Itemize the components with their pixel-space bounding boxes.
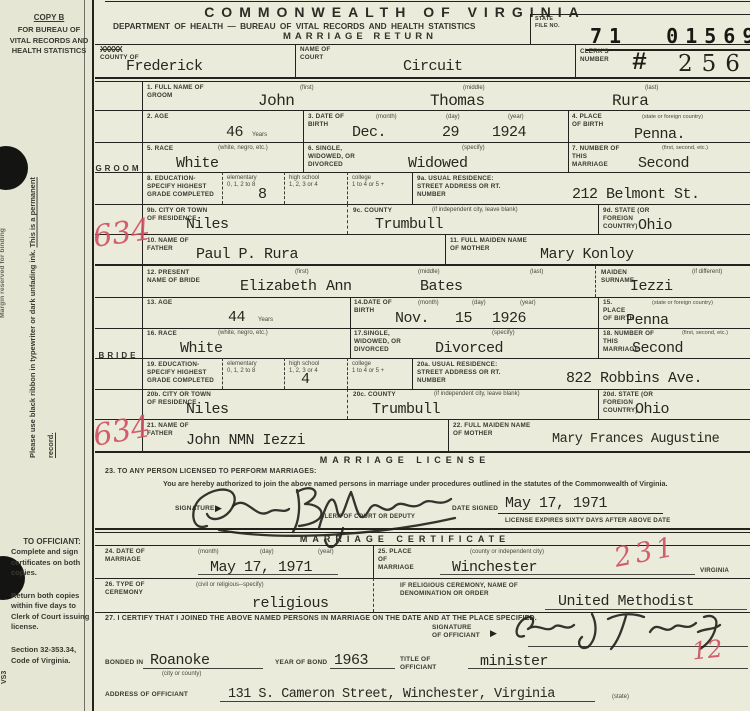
field-label-bride-marital: 17.SINGLE, WIDOWED, OR DIVORCED	[354, 330, 422, 354]
field-label-bride-education: 19. EDUCATION-SPECIFY HIGHEST GRADE COMP…	[147, 361, 217, 385]
cert-row-rule	[95, 578, 750, 579]
field-label-groom-county: 9c. COUNTY	[353, 207, 392, 215]
groom-state-value: Ohio	[638, 217, 672, 234]
hint-race: (white, negro, etc.)	[218, 145, 268, 151]
field-label-marriage-place: 25. PLACE OF MARRIAGE	[378, 548, 422, 572]
edu-divider	[347, 172, 348, 204]
signature-pointer-icon: ▶	[490, 628, 497, 639]
hint-day: (day)	[446, 114, 460, 120]
address-of-officiant-value: 131 S. Cameron Street, Winchester, Virgi…	[228, 687, 555, 702]
row-rule	[95, 172, 750, 173]
groom-city-value: Niles	[186, 216, 229, 233]
edu-col-college: college	[352, 361, 371, 367]
edu-col-elementary-range: 0, 1, 2 to 8	[227, 368, 255, 374]
groom-father-value: Paul P. Rura	[196, 246, 298, 263]
code-reference: Section 32-353.34, Code of Virginia.	[11, 645, 93, 666]
col-divider	[347, 389, 348, 419]
groom-age-value: 46	[226, 124, 243, 141]
row-rule	[95, 204, 750, 205]
hint-day: (day)	[260, 549, 274, 555]
edu-col-highschool: high school	[289, 361, 319, 367]
section-strip-divider	[142, 82, 143, 451]
field-label-groom-race: 5. RACE	[147, 145, 173, 153]
marriage-date-underline	[198, 574, 338, 575]
marriage-return-scan: COPY B FOR BUREAU OF VITAL RECORDS AND H…	[0, 0, 750, 711]
ink-note-vertical: Please use black ribbon in typewriter or…	[24, 168, 60, 458]
field-label-groom-dob: 3. DATE OF BIRTH	[308, 113, 348, 129]
state-file-box-left	[530, 14, 531, 44]
cert-col-divider	[373, 545, 374, 578]
col-divider	[598, 297, 599, 358]
county-value: Frederick	[126, 58, 203, 75]
title-underline	[468, 668, 748, 669]
field-label-groom-pob: 4. PLACE OF BIRTH	[572, 113, 604, 129]
clerk-number-value: 256	[678, 51, 749, 77]
hint-month: (month)	[198, 549, 219, 555]
hint-year: (year)	[520, 300, 536, 306]
col-divider	[412, 358, 413, 389]
field-label-groom-father: 10. NAME OF FATHER	[147, 237, 189, 253]
bride-first-name: Elizabeth	[240, 278, 317, 295]
maiden-divider	[595, 266, 596, 297]
edu-divider	[284, 172, 285, 204]
col-divider	[412, 172, 413, 204]
bride-red-number: 634	[90, 409, 152, 453]
field-label-bride-county: 20c. COUNTY	[353, 391, 396, 399]
state-file-label: STATE FILE NO.	[535, 16, 561, 30]
bride-state-value: Ohio	[635, 401, 669, 418]
edu-col-highschool-range: 1, 2, 3 or 4	[289, 182, 318, 188]
officiant-instructions-para2: Return both copies within five days to C…	[11, 591, 93, 633]
field-label-groom-marriage-no: 7. NUMBER OF THIS MARRIAGE	[572, 145, 624, 169]
col-divider	[347, 204, 348, 234]
header-bottom-rule-2	[95, 81, 750, 82]
bride-marriage-no-value: Second	[632, 340, 683, 357]
bride-age-value: 44	[228, 309, 245, 326]
hint-race: (white, negro, etc.)	[218, 330, 268, 336]
row-rule	[95, 419, 750, 420]
bride-last-name: Bates	[420, 278, 463, 295]
bride-education-value: 4	[301, 371, 310, 388]
groom-dob-month: Dec.	[352, 124, 386, 141]
col-divider	[598, 389, 599, 419]
hint-last: (last)	[645, 85, 658, 91]
address-of-officiant-label: ADDRESS OF OFFICIANT	[105, 691, 188, 699]
hint-specify: (specify)	[492, 330, 515, 336]
groom-dob-year: 1924	[492, 124, 526, 141]
top-rule	[105, 1, 750, 2]
col-divider	[303, 110, 304, 172]
clerk-number-label: CLERK'S NUMBER	[580, 48, 614, 64]
ceremony-type-value: religious	[252, 595, 329, 612]
bonded-in-label: BONDED IN	[105, 659, 143, 667]
hint-middle: (middle)	[418, 269, 440, 275]
officiant-instructions-para1: Complete and sign certificates on both c…	[11, 547, 93, 579]
row-rule	[95, 389, 750, 390]
court-value: Circuit	[403, 58, 463, 75]
bride-section-label: BRIDE	[95, 351, 142, 360]
bride-age-unit: Years	[258, 317, 273, 323]
groom-red-number: 634	[91, 212, 153, 255]
field-label-groom-residence: 9a. USUAL RESIDENCE: STREET ADDRESS OR R…	[417, 175, 509, 199]
bride-dob-year: 1926	[492, 310, 526, 327]
col-divider	[350, 297, 351, 358]
field-label-bride-mother: 22. FULL MAIDEN NAME OF MOTHER	[453, 422, 533, 438]
header-bottom-rule-1	[95, 77, 750, 79]
hint-independent-city: (if independent city, leave blank)	[434, 391, 520, 397]
court-clerk-divider	[575, 44, 576, 78]
hint-month: (month)	[376, 114, 397, 120]
groom-bride-rule	[95, 264, 750, 266]
form-code: VS3	[0, 650, 10, 684]
bride-race-value: White	[180, 340, 223, 357]
hint-month: (month)	[418, 300, 439, 306]
title-of-officiant-label: TITLE OF OFFICIANT	[400, 656, 442, 672]
field-label-marriage-date: 24. DATE OF MARRIAGE	[105, 548, 153, 564]
groom-education-value: 8	[258, 186, 267, 203]
field-label-groom-mother: 11. FULL MAIDEN NAME OF MOTHER	[450, 237, 530, 253]
bride-maiden-surname-value: Iezzi	[630, 278, 673, 295]
hint-first-second: (first, second, etc.)	[662, 145, 708, 151]
edu-divider	[347, 358, 348, 389]
edu-col-elementary: elementary	[227, 175, 257, 181]
row-rule	[95, 110, 750, 111]
license-cert-rule-2	[95, 532, 750, 533]
hint-day: (day)	[472, 300, 486, 306]
ink-note-text: Please use black ribbon in typewriter or…	[28, 248, 37, 458]
date-signed-label: DATE SIGNED	[452, 505, 498, 513]
groom-first-name: John	[258, 92, 294, 110]
edu-divider	[222, 358, 223, 389]
field-label-denomination: IF RELIGIOUS CEREMONY, NAME OF DENOMINAT…	[400, 582, 520, 598]
bride-mother-value: Mary Frances Augustine	[552, 432, 719, 447]
year-of-bond-label: YEAR OF BOND	[275, 659, 327, 667]
col-divider	[568, 110, 569, 172]
officiant-red-number: 12	[691, 634, 724, 665]
edu-col-college-range: 1 to 4 or 5 +	[352, 368, 384, 374]
hint-year: (year)	[318, 549, 334, 555]
commonwealth-title: COMMONWEALTH OF VIRGINIA	[95, 4, 695, 20]
copy-label: COPY B	[8, 12, 90, 23]
cert-col-divider-dashed	[373, 578, 374, 612]
field-label-bride-race: 16. RACE	[147, 330, 177, 338]
hint-specify: (specify)	[462, 145, 485, 151]
hint-city-county: (city or county)	[162, 671, 201, 677]
hint-independent-city: (if independent city, leave blank)	[432, 207, 518, 213]
state-file-number: 71 015691	[586, 24, 750, 51]
groom-dob-day: 29	[442, 124, 459, 141]
edu-col-elementary-range: 0, 1, 2 to 8	[227, 182, 255, 188]
hint-state-foreign: (state or foreign country)	[642, 114, 703, 120]
binding-note-vertical: Margin reserved for binding	[0, 168, 8, 318]
department-line: DEPARTMENT OF HEALTH — BUREAU OF VITAL R…	[113, 21, 475, 31]
edu-divider	[222, 172, 223, 204]
row-rule	[95, 297, 750, 298]
bride-residence-value: 822 Robbins Ave.	[566, 370, 702, 387]
marriage-place-underline	[440, 574, 695, 575]
field-label-ceremony-type: 26. TYPE OF CEREMONY	[105, 581, 149, 597]
hint-county-independent: (county or independent city)	[470, 549, 544, 555]
groom-section-label: GROOM	[95, 164, 142, 173]
hint-civil-religious: (civil or religious--specify)	[196, 582, 264, 588]
copy-designation: COPY B FOR BUREAU OF VITAL RECORDS AND H…	[8, 12, 90, 57]
certify-statement: 27. I CERTIFY THAT I JOINED THE ABOVE NA…	[105, 615, 537, 624]
bride-pob-value: Penna	[626, 312, 669, 329]
clerk-number-hash: #	[632, 48, 647, 77]
row-rule	[95, 358, 750, 359]
field-label-groom-age: 2. AGE	[147, 113, 169, 121]
bride-license-rule	[95, 451, 750, 453]
edu-col-college-range: 1 to 4 or 5 +	[352, 182, 384, 188]
state-file-box-top	[530, 14, 750, 15]
groom-marital-value: Widowed	[408, 155, 468, 172]
county-row-top-rule	[95, 44, 750, 45]
field-label-bride-name: 12. PRESENT NAME OF BRIDE	[147, 269, 207, 285]
hint-first: (first)	[300, 85, 314, 91]
bonded-underline	[143, 668, 263, 669]
bride-county-value: Trumbull	[372, 401, 440, 418]
bride-middle-name: Ann	[326, 278, 352, 295]
hint-state-foreign: (state or foreign country)	[652, 300, 713, 306]
year-underline	[330, 668, 395, 669]
groom-age-unit: Years	[252, 132, 267, 138]
edu-col-elementary: elementary	[227, 361, 257, 367]
hint-last: (last)	[530, 269, 543, 275]
hint-if-different: (if different)	[692, 269, 722, 275]
field-label-groom-education: 8. EDUCATION-SPECIFY HIGHEST GRADE COMPL…	[147, 175, 217, 199]
virginia-label: VIRGINIA	[700, 567, 729, 575]
field-label-groom-marital: 6. SINGLE, WIDOWED, OR DIVORCED	[308, 145, 376, 169]
col-divider	[448, 419, 449, 451]
clerk-of-court-label: CLERK OF COURT OR DEPUTY	[320, 514, 415, 522]
groom-marriage-no-value: Second	[638, 155, 689, 172]
bride-city-value: Niles	[186, 401, 229, 418]
col-divider	[445, 234, 446, 264]
copy-for-text: FOR BUREAU OF VITAL RECORDS AND HEALTH S…	[8, 25, 90, 57]
groom-county-value: Trumbull	[375, 216, 443, 233]
field-label-bride-dob: 14.DATE OF BIRTH	[354, 299, 392, 315]
field-label-bride-residence: 20a. USUAL RESIDENCE: STREET ADDRESS OR …	[417, 361, 509, 385]
hint-first: (first)	[295, 269, 309, 275]
court-label: NAME OF COURT	[300, 46, 332, 62]
form-name: MARRIAGE RETURN	[95, 31, 625, 42]
officiant-signature-label: SIGNATURE OF OFFICIANT	[432, 624, 482, 640]
groom-race-value: White	[176, 155, 219, 172]
officiant-instructions-title: TO OFFICIANT:	[11, 536, 93, 547]
bride-dob-month: Nov.	[395, 310, 429, 327]
bride-father-value: John NMN Iezzi	[186, 432, 305, 449]
edu-col-highschool: high school	[289, 175, 319, 181]
license-expires-note: LICENSE EXPIRES SIXTY DAYS AFTER ABOVE D…	[505, 517, 671, 525]
groom-pob-value: Penna.	[634, 126, 685, 143]
field-label-bride-age: 13. AGE	[147, 299, 172, 307]
hint-state: (state)	[612, 694, 629, 700]
field-label-groom-name: 1. FULL NAME OF GROOM	[147, 84, 205, 100]
bonded-in-value: Roanoke	[150, 652, 210, 669]
hint-middle: (middle)	[463, 85, 485, 91]
date-signed-underline	[498, 513, 663, 514]
officiant-instructions: TO OFFICIANT: Complete and sign certific…	[11, 536, 93, 633]
county-court-divider	[295, 44, 296, 78]
hint-year: (year)	[508, 114, 524, 120]
field-label-bride-father: 21. NAME OF FATHER	[147, 422, 189, 438]
bride-dob-day: 15	[455, 310, 472, 327]
row-rule	[95, 234, 750, 235]
groom-last-name: Rura	[612, 92, 648, 110]
date-signed-value: May 17, 1971	[505, 495, 607, 512]
year-of-bond-value: 1963	[334, 652, 368, 669]
edu-col-college: college	[352, 175, 371, 181]
groom-middle-name: Thomas	[430, 92, 485, 110]
address-underline	[220, 701, 595, 702]
license-header: MARRIAGE LICENSE	[95, 455, 715, 465]
edu-divider	[284, 358, 285, 389]
col-divider	[598, 204, 599, 234]
groom-mother-value: Mary Konloy	[540, 246, 634, 263]
bride-marital-value: Divorced	[435, 340, 503, 357]
groom-residence-value: 212 Belmont St.	[572, 186, 700, 203]
hint-first-second: (first, second, etc.)	[682, 330, 728, 336]
license-cert-rule-1	[95, 528, 750, 530]
